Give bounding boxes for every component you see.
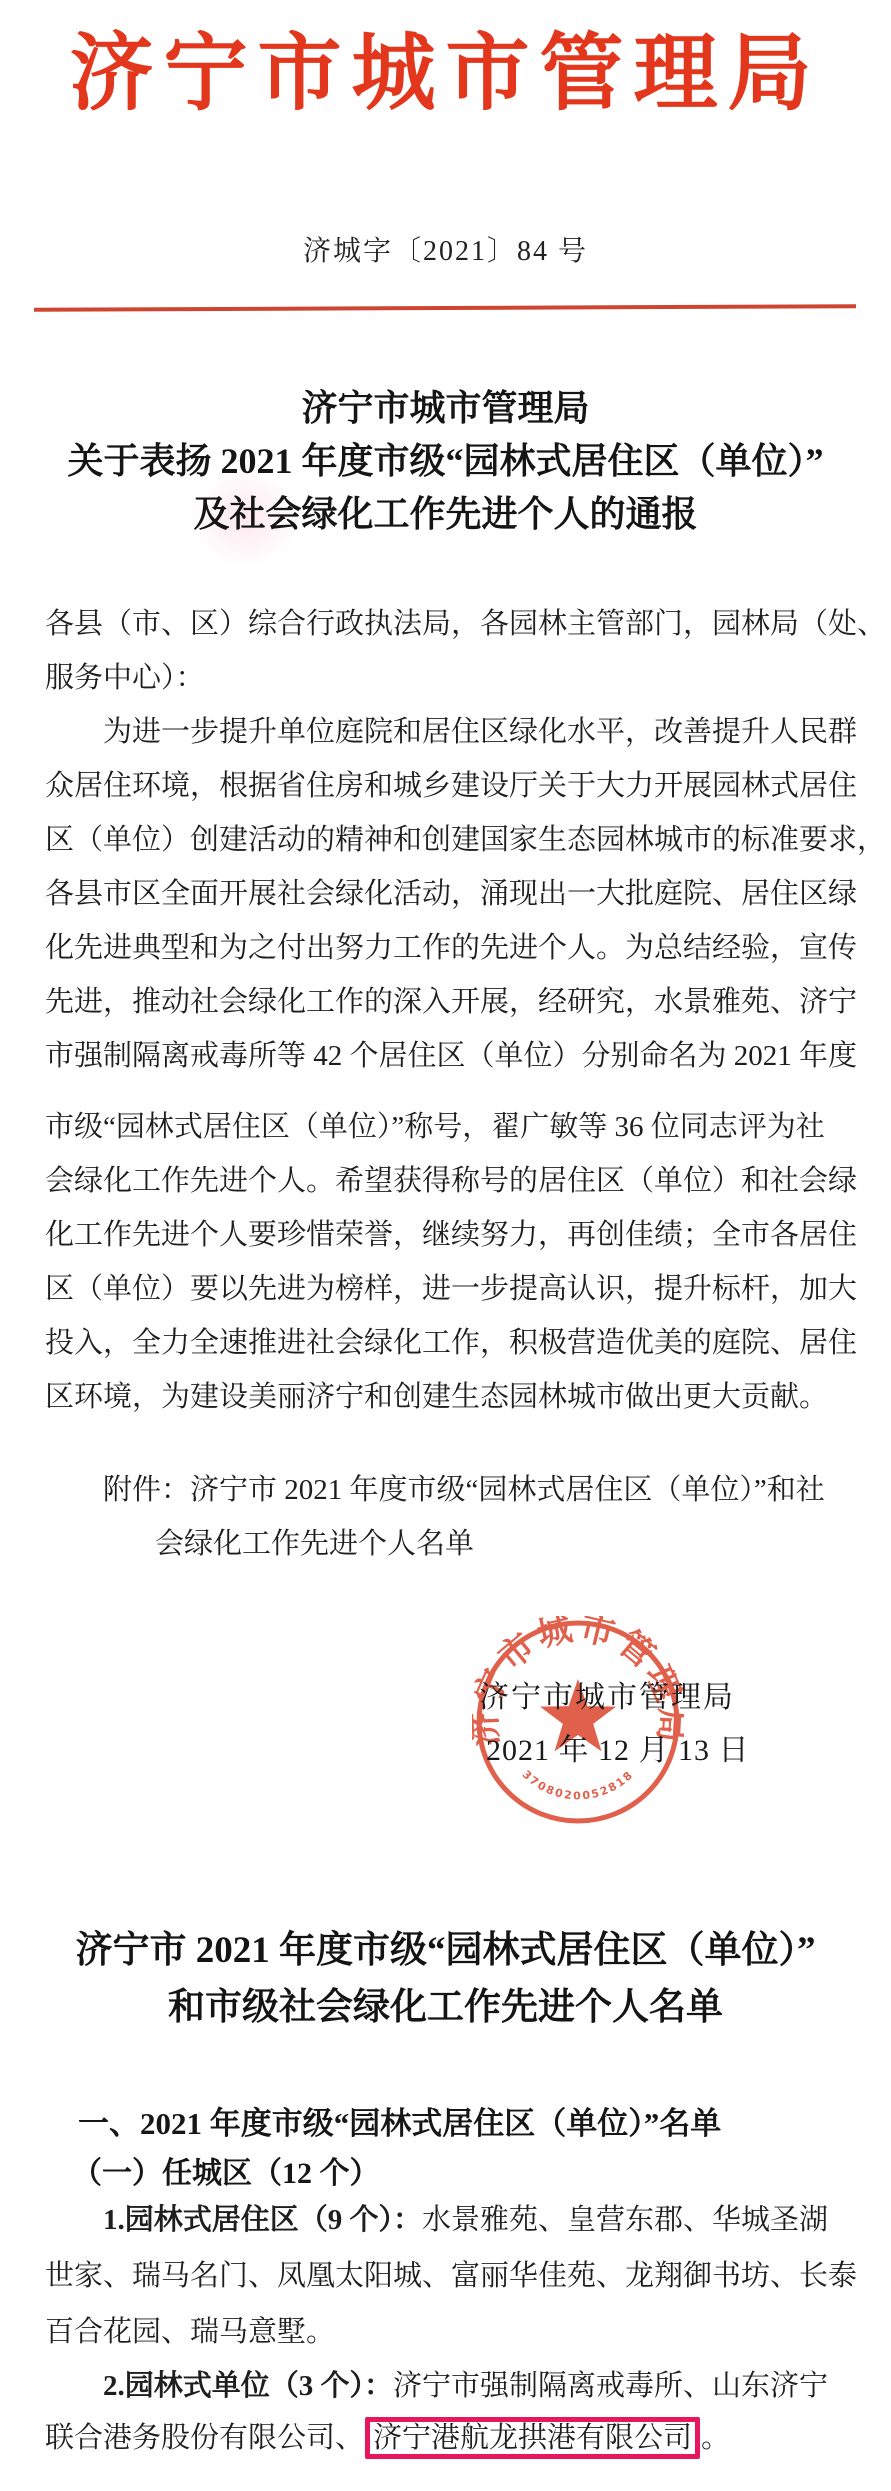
list1-line-3: 百合花园、瑞马意墅。 xyxy=(45,2304,853,2360)
body-line: 区（单位）创建活动的精神和创建国家生态园林城市的标准要求， xyxy=(45,813,853,867)
garden-residential-list: 1.园林式居住区（9 个）：水景雅苑、皇营东郡、华城圣湖 世家、瑞马名门、凤凰太… xyxy=(45,2192,853,2360)
body-line: 为进一步提升单位庭院和居住区绿化水平，改善提升人民群 xyxy=(45,705,853,759)
document-title: 济宁市城市管理局 关于表扬 2021 年度市级“园林式居住区（单位）” 及社会绿… xyxy=(0,382,891,541)
annex-title-line-2: 和市级社会绿化工作先进个人名单 xyxy=(0,1979,891,2036)
body-paragraph-2: 市级“园林式居住区（单位）”称号，翟广敏等 36 位同志评为社 会绿化工作先进个… xyxy=(45,1100,853,1424)
body-line: 众居住环境，根据省住房和城乡建设厅关于大力开展园林式居住 xyxy=(45,759,853,813)
body-line: 会绿化工作先进个人。希望获得称号的居住区（单位）和社会绿 xyxy=(45,1154,853,1208)
body-line: 化先进典型和为之付出努力工作的先进个人。为总结经验，宣传 xyxy=(45,921,853,975)
list2-line-2: 联合港务股份有限公司、济宁港航龙拱港有限公司。 xyxy=(45,2412,853,2464)
body-line: 市级“园林式居住区（单位）”称号，翟广敏等 36 位同志评为社 xyxy=(45,1100,853,1154)
letterhead-divider xyxy=(34,304,856,312)
highlight-box: 济宁港航龙拱港有限公司 xyxy=(365,2417,700,2459)
attachment-line: 会绿化工作先进个人名单 xyxy=(155,1517,853,1571)
body-line: 市强制隔离戒毒所等 42 个居住区（单位）分别命名为 2021 年度 xyxy=(45,1029,853,1083)
salutation-paragraph: 各县（市、区）综合行政执法局，各园林主管部门，园林局（处、 服务中心）： xyxy=(45,597,853,705)
section-1-heading: 一、2021 年度市级“园林式居住区（单位）”名单 xyxy=(45,2100,853,2148)
agency-letterhead: 济宁市城市管理局 xyxy=(0,16,891,134)
body-line: 化工作先进个人要珍惜荣誉，继续努力，再创佳绩；全市各居住 xyxy=(45,1208,853,1262)
signature-agency: 济宁市城市管理局 xyxy=(479,1673,735,1723)
body-line: 先进，推动社会绿化工作的深入开展，经研究，水景雅苑、济宁 xyxy=(45,975,853,1029)
annex-title-line-1: 济宁市 2021 年度市级“园林式居住区（单位）” xyxy=(0,1922,891,1979)
title-line-1: 济宁市城市管理局 xyxy=(0,382,891,435)
signature-date: 2021 年 12 月 13 日 xyxy=(486,1726,750,1776)
subsection-rencheng-heading: （一）任城区（12 个） xyxy=(45,2150,853,2198)
body-line: 区环境，为建设美丽济宁和创建生态园林城市做出更大贡献。 xyxy=(45,1370,853,1424)
attachment-line: 附件：济宁市 2021 年度市级“园林式居住区（单位）”和社 xyxy=(45,1463,853,1517)
list2-label: 2.园林式单位（3 个）： xyxy=(103,2370,393,2402)
body-line: 投入，全力全速推进社会绿化工作，积极营造优美的庭院、居住 xyxy=(45,1316,853,1370)
attachment-note: 附件：济宁市 2021 年度市级“园林式居住区（单位）”和社 会绿化工作先进个人… xyxy=(45,1463,853,1571)
annex-title: 济宁市 2021 年度市级“园林式居住区（单位）” 和市级社会绿化工作先进个人名… xyxy=(0,1922,891,2036)
scanned-document-page: 济宁市城市管理局 济城字〔2021〕84 号 济宁市城市管理局 关于表扬 202… xyxy=(0,0,891,2491)
garden-unit-list: 2.园林式单位（3 个）：济宁市强制隔离戒毒所、山东济宁 联合港务股份有限公司、… xyxy=(45,2360,853,2464)
body-paragraph-1: 为进一步提升单位庭院和居住区绿化水平，改善提升人民群 众居住环境，根据省住房和城… xyxy=(45,705,853,1083)
list2-items-continued: 联合港务股份有限公司、 xyxy=(45,2422,364,2454)
title-line-2: 关于表扬 2021 年度市级“园林式居住区（单位）” xyxy=(0,435,891,488)
list1-label: 1.园林式居住区（9 个）： xyxy=(103,2204,422,2236)
list1-line-1: 1.园林式居住区（9 个）：水景雅苑、皇营东郡、华城圣湖 xyxy=(45,2192,853,2248)
list2-line-1: 2.园林式单位（3 个）：济宁市强制隔离戒毒所、山东济宁 xyxy=(45,2360,853,2412)
salutation-line: 各县（市、区）综合行政执法局，各园林主管部门，园林局（处、 xyxy=(45,597,853,651)
body-line: 各县市区全面开展社会绿化活动，涌现出一大批庭院、居住区绿 xyxy=(45,867,853,921)
list1-line-2: 世家、瑞马名门、凤凰太阳城、富丽华佳苑、龙翔御书坊、长泰 xyxy=(45,2248,853,2304)
list2-items: 济宁市强制隔离戒毒所、山东济宁 xyxy=(393,2370,828,2402)
list1-items: 水景雅苑、皇营东郡、华城圣湖 xyxy=(422,2204,828,2236)
list2-period: 。 xyxy=(701,2422,730,2454)
salutation-line: 服务中心）： xyxy=(45,651,853,705)
document-number: 济城字〔2021〕84 号 xyxy=(0,232,891,272)
title-line-3: 及社会绿化工作先进个人的通报 xyxy=(0,488,891,541)
body-line: 区（单位）要以先进为榜样，进一步提高认识，提升标杆，加大 xyxy=(45,1262,853,1316)
